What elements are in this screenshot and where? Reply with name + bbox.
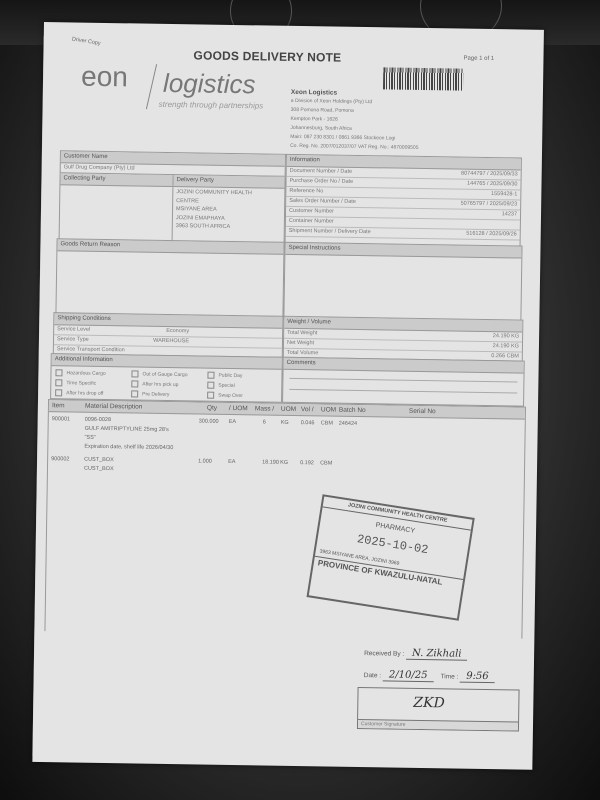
field-value: Economy [166,327,189,336]
date-value: 2/10/25 [383,669,434,682]
field-label: Service Level [57,325,90,335]
item-uom: EA [229,418,236,427]
field-label: Total Weight [287,329,317,338]
weight-volume-section: Weight / Volume Total Weight24.190 KGNet… [283,316,524,362]
company-details: Xeon Logistics a Division of Xeon Holdin… [290,88,419,153]
column-header: / UOM [229,403,248,414]
field-label: Customer Number [289,207,334,217]
address-line: 3963 SOUTH AFRICA [176,222,281,232]
item-mass-uom: KG [281,419,289,428]
column-header: UOM [321,404,336,415]
page-number: Page 1 of 1 [463,56,494,62]
item-description: "SS" [84,434,95,443]
checkbox-label: Swap Over [218,393,243,399]
checkbox-swap-over[interactable]: Swap Over [207,392,243,400]
checkbox-time-specific[interactable]: Time Specific [55,379,96,387]
item-mass: 6 [263,418,266,427]
field-value: 50765797 / 2025/09/23 [461,200,518,210]
field-label: Sales Order Number / Date [289,197,356,207]
comments-header: Comments [284,358,524,374]
checkbox-hazardous-cargo[interactable]: Hazardous Cargo [55,369,105,377]
checkbox-icon[interactable] [55,379,62,386]
checkbox-public-day[interactable]: Public Day [207,372,242,380]
shipping-section: Shipping Conditions Service LevelEconomy… [53,312,284,358]
checkbox-icon[interactable] [207,372,214,379]
item-material: 0096-0028 [85,416,111,425]
logo-eon: eon [81,61,128,94]
date-label: Date : [364,672,381,679]
field-label: Service Type [57,335,89,344]
item-batch: 246424 [339,420,357,429]
logo-tagline: strength through partnerships [159,100,264,111]
checkbox-icon[interactable] [55,389,62,396]
item-description: GULF AMITRIPTYLINE 25mg 28's [85,425,169,435]
checkbox-after-hrs-pick-up[interactable]: After hrs pick up [131,380,178,388]
company-line: Co. Reg. No. 2007/012037/07 VAT Reg. No.… [290,142,419,153]
logo-divider [146,64,157,109]
field-value: 516128 / 2025/09/26 [466,230,517,240]
item-item: 900002 [51,455,69,464]
item-vol-uom: CBM [320,459,332,468]
item-description: Expiration date, shelf life 2026/04/30 [84,443,173,453]
time-label: Time : [441,673,459,680]
information-section: Information Document Number / Date807447… [285,154,522,248]
checkbox-pre-delivery[interactable]: Pre Delivery [131,390,169,398]
field-label: Net Weight [287,339,314,348]
item-material: CUST_BOX [84,456,114,465]
customer-section: Customer Name Gulf Drug Company (Pty) Lt… [59,150,286,244]
item-mass: 18.190 [262,458,279,467]
additional-info-section: Additional Information Hazardous CargoOu… [50,353,283,403]
comments-section: Comments [282,357,525,407]
column-header: Batch No [339,405,366,416]
goods-return-section: Goods Return Reason [55,238,284,318]
item-qty: 300.000 [199,417,219,426]
field-label: Reference No [289,187,323,197]
document-title: GOODS DELIVERY NOTE [193,48,341,64]
time-value: 9:56 [460,671,495,684]
field-value: 144765 / 2025/09/30 [467,180,518,190]
field-label: Shipment Number / Delivery Date [289,227,371,237]
checkbox-special[interactable]: Special [207,382,235,389]
signature-label: Customer Signature [358,719,518,731]
field-value: 24.190 KG [493,342,519,351]
special-instructions-header: Special Instructions [285,243,521,259]
column-header: Qty [207,403,217,414]
column-header: Mass / [255,403,274,414]
received-by-label: Received By : [364,650,404,658]
checkbox-after-hrs-drop-off[interactable]: After hrs drop off [55,389,103,397]
checkbox-icon[interactable] [131,390,138,397]
item-qty: 1.000 [198,457,212,466]
checkbox-label: Out of Gauge Cargo [142,371,187,378]
item-vol-uom: CBM [321,419,333,428]
checkbox-icon[interactable] [207,382,214,389]
column-header: Vol / [301,404,314,415]
item-uom: EA [228,458,235,467]
checkbox-icon[interactable] [131,380,138,387]
field-value: 14237 [502,210,517,219]
column-header: Material Description [85,401,143,413]
checkbox-label: Public Day [218,373,242,379]
field-label: Container Number [289,217,334,227]
received-by-signature: N. Zikhali [406,648,468,661]
column-header: Serial No [409,406,436,417]
checkbox-icon[interactable] [55,369,62,376]
checkbox-icon[interactable] [131,370,138,377]
checkbox-out-of-gauge-cargo[interactable]: Out of Gauge Cargo [131,370,187,378]
copy-label: Driver Copy [71,36,101,46]
item-vol: 0.192 [300,459,314,468]
received-by-row: Received By : N. Zikhali [364,647,468,660]
field-value: 24.190 KG [493,332,519,341]
column-header: UOM [281,404,296,415]
checkbox-icon[interactable] [207,392,214,399]
barcode [383,67,463,90]
delivery-party-address: JOZINI COMMUNITY HEALTH CENTRE MSIYANE A… [173,187,285,233]
date-time-row: Date : 2/10/25 Time : 9:56 [364,669,495,682]
logo-logistics: logistics [163,68,256,100]
item-mass-uom: KG [280,459,288,468]
field-label: Purchase Order No / Date [289,177,353,187]
checkbox-label: Hazardous Cargo [66,370,105,377]
checkbox-label: After hrs drop off [66,390,103,397]
field-label: Document Number / Date [290,167,352,177]
customer-signature-box: ZKD Customer Signature [357,687,520,732]
column-header: Item [52,400,65,411]
signature-mark: ZKD [413,695,445,711]
field-value: 80744797 / 2025/09/33 [461,170,518,180]
checkbox-label: Special [218,383,234,389]
item-item: 900001 [52,415,70,424]
special-instructions-section: Special Instructions [283,242,522,322]
collecting-party-header: Collecting Party [60,173,172,187]
checkbox-label: After hrs pick up [142,381,178,388]
field-value: 1559428-1 [491,190,517,199]
checkbox-label: Pre Delivery [142,391,169,397]
field-value: WAREHOUSE [153,337,189,347]
checkbox-label: Time Specific [66,380,96,386]
item-description: CUST_BOX [84,465,114,474]
delivery-note: Driver Copy GOODS DELIVERY NOTE Page 1 o… [32,22,544,770]
goods-return-header: Goods Return Reason [57,239,283,255]
item-vol: 0.046 [301,419,315,428]
